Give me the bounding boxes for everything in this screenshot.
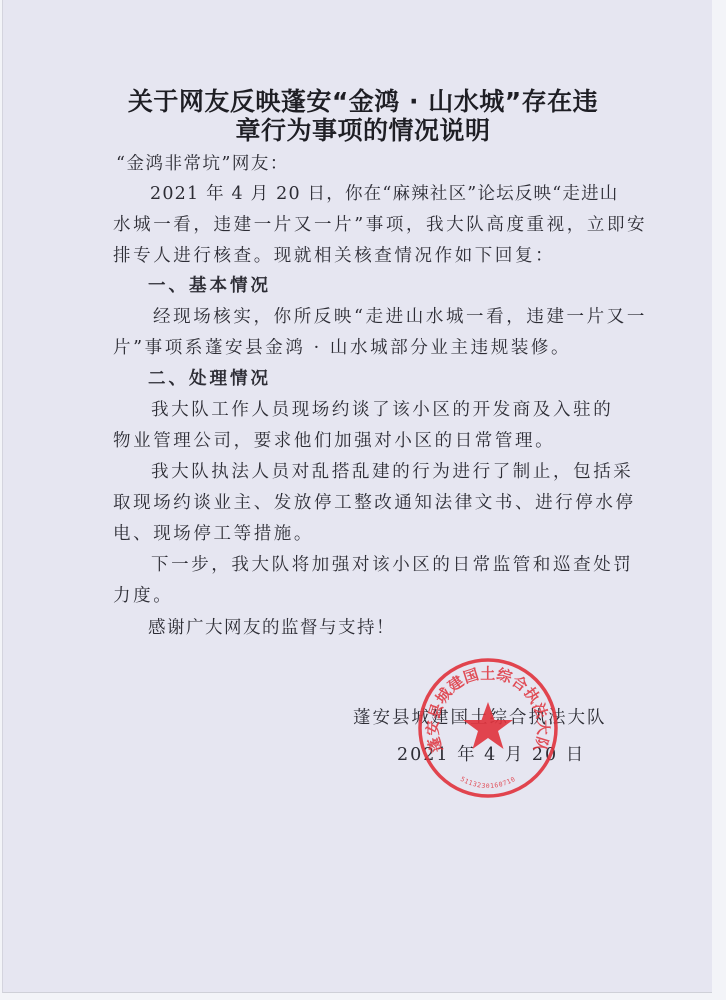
section-1-heading: 一、基本情况	[148, 272, 271, 297]
section-2-para-3-line-2: 力度。	[113, 582, 173, 607]
document-title-line-2: 章行为事项的情况说明	[103, 111, 623, 147]
section-2-para-2-line-2: 取现场约谈业主、发放停工整改通知法律文书、进行停水停	[113, 489, 636, 514]
star-icon	[463, 702, 513, 749]
closing-thanks: 感谢广大网友的监督与支持！	[148, 614, 395, 639]
section-2-para-3-line-1: 下一步，我大队将加强对该小区的日常监管和巡查处罚	[151, 551, 633, 576]
paragraph-1-line-1: 2021 年 4 月 20 日，你在“麻辣社区”论坛反映“走进山	[150, 180, 619, 205]
official-seal: 蓬安县城建国土综合执法大队 5113230160710	[416, 656, 560, 800]
section-2-para-1-line-2: 物业管理公司，要求他们加强对小区的日常管理。	[113, 427, 555, 452]
document-page: 关于网友反映蓬安“金鸿 · 山水城”存在违 章行为事项的情况说明 “金鸿非常坑”…	[2, 0, 712, 993]
section-1-line-2: 片”事项系蓬安县金鸿 · 山水城部分业主违规装修。	[113, 334, 571, 359]
salutation: “金鸿非常坑”网友：	[116, 150, 289, 175]
paragraph-1-line-2: 水城一看，违建一片又一片”事项，我大队高度重视，立即安	[113, 211, 647, 236]
section-2-para-2-line-1: 我大队执法人员对乱搭乱建的行为进行了制止，包括采	[151, 458, 633, 483]
svg-text:5113230160710: 5113230160710	[459, 775, 517, 790]
section-2-para-2-line-3: 电、现场停工等措施。	[113, 520, 314, 545]
paragraph-1-line-3: 排专人进行核查。现就相关核查情况作如下回复：	[113, 242, 555, 267]
section-1-line-1: 经现场核实，你所反映“走进山水城一看，违建一片又一	[153, 303, 647, 328]
section-2-para-1-line-1: 我大队工作人员现场约谈了该小区的开发商及入驻的	[151, 396, 613, 421]
section-2-heading: 二、处理情况	[148, 365, 271, 390]
